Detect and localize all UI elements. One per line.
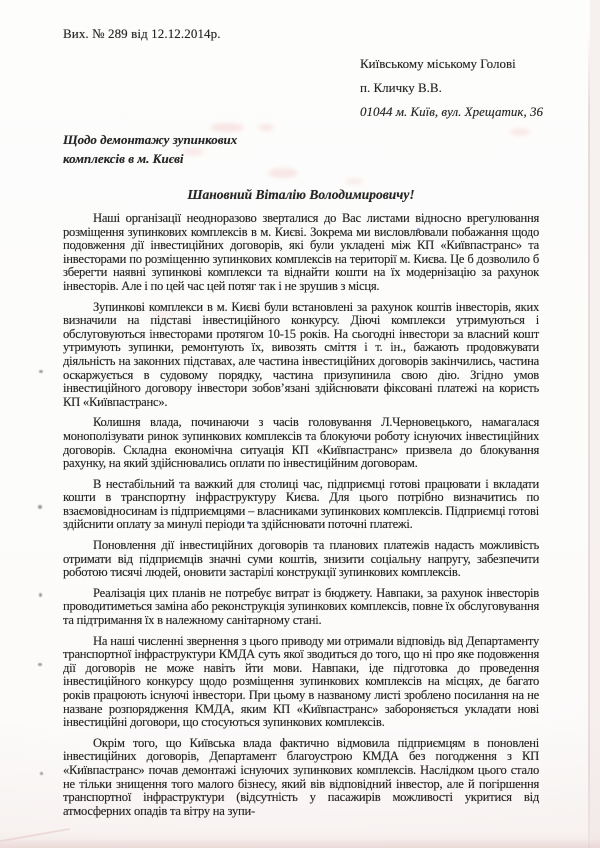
scan-speck-blue <box>247 521 250 524</box>
salutation: Шановний Віталію Володимировичу! <box>63 187 539 203</box>
scan-right-edge-line <box>588 30 590 848</box>
paragraph: Реалізація цих планів не потребує витрат… <box>63 587 539 628</box>
scan-smudge <box>182 148 204 156</box>
scan-right-edge-strip <box>590 0 600 848</box>
outgoing-reference-number: Вих. № 289 від 12.12.2014р. <box>63 26 221 42</box>
scan-speck <box>40 772 43 775</box>
paragraph: В нестабільний та важкий для столиці час… <box>63 478 539 532</box>
scan-smudge <box>510 128 530 136</box>
recipient-title: Київському міському Голові <box>360 52 543 76</box>
scan-smudge <box>268 168 298 178</box>
paragraph: Окрім того, що Київська влада фактично в… <box>63 737 539 819</box>
paragraph: Колишня влада, починаючи з часів головув… <box>63 416 539 470</box>
letter-body: Наші організації неодноразово зверталися… <box>63 212 539 825</box>
recipient-address: 01044 м. Київ, вул. Хрещатик, 36 <box>360 100 543 124</box>
paragraph: Зупинкові комплекси в м. Києві були вста… <box>63 301 539 410</box>
recipient-block: Київському міському Голові п. Кличку В.В… <box>360 52 543 124</box>
scan-smudge <box>210 123 244 132</box>
recipient-name: п. Кличку В.В. <box>360 76 543 100</box>
scan-smudge <box>345 178 363 185</box>
subject-line-1: Щодо демонтажу зупинкових <box>63 130 237 149</box>
scan-speck <box>39 370 43 373</box>
scan-speck <box>39 593 42 597</box>
paragraph: На наші численні звернення з цього приво… <box>63 635 539 730</box>
scan-smudge <box>258 124 274 131</box>
scan-speck <box>38 505 42 509</box>
paragraph: Поновлення дії інвестиційних договорів т… <box>63 539 539 580</box>
scan-bottom-band <box>0 840 600 848</box>
scan-speck <box>38 663 42 666</box>
scan-speck-blue <box>417 228 420 231</box>
paragraph: Наші організації неодноразово зверталися… <box>63 212 539 294</box>
subject-line-2: комплексів в м. Києві <box>63 149 237 168</box>
scan-smudge <box>150 310 176 319</box>
subject-block: Щодо демонтажу зупинкових комплексів в м… <box>63 130 237 168</box>
scanned-letter-page: Вих. № 289 від 12.12.2014р. Київському м… <box>0 0 600 848</box>
